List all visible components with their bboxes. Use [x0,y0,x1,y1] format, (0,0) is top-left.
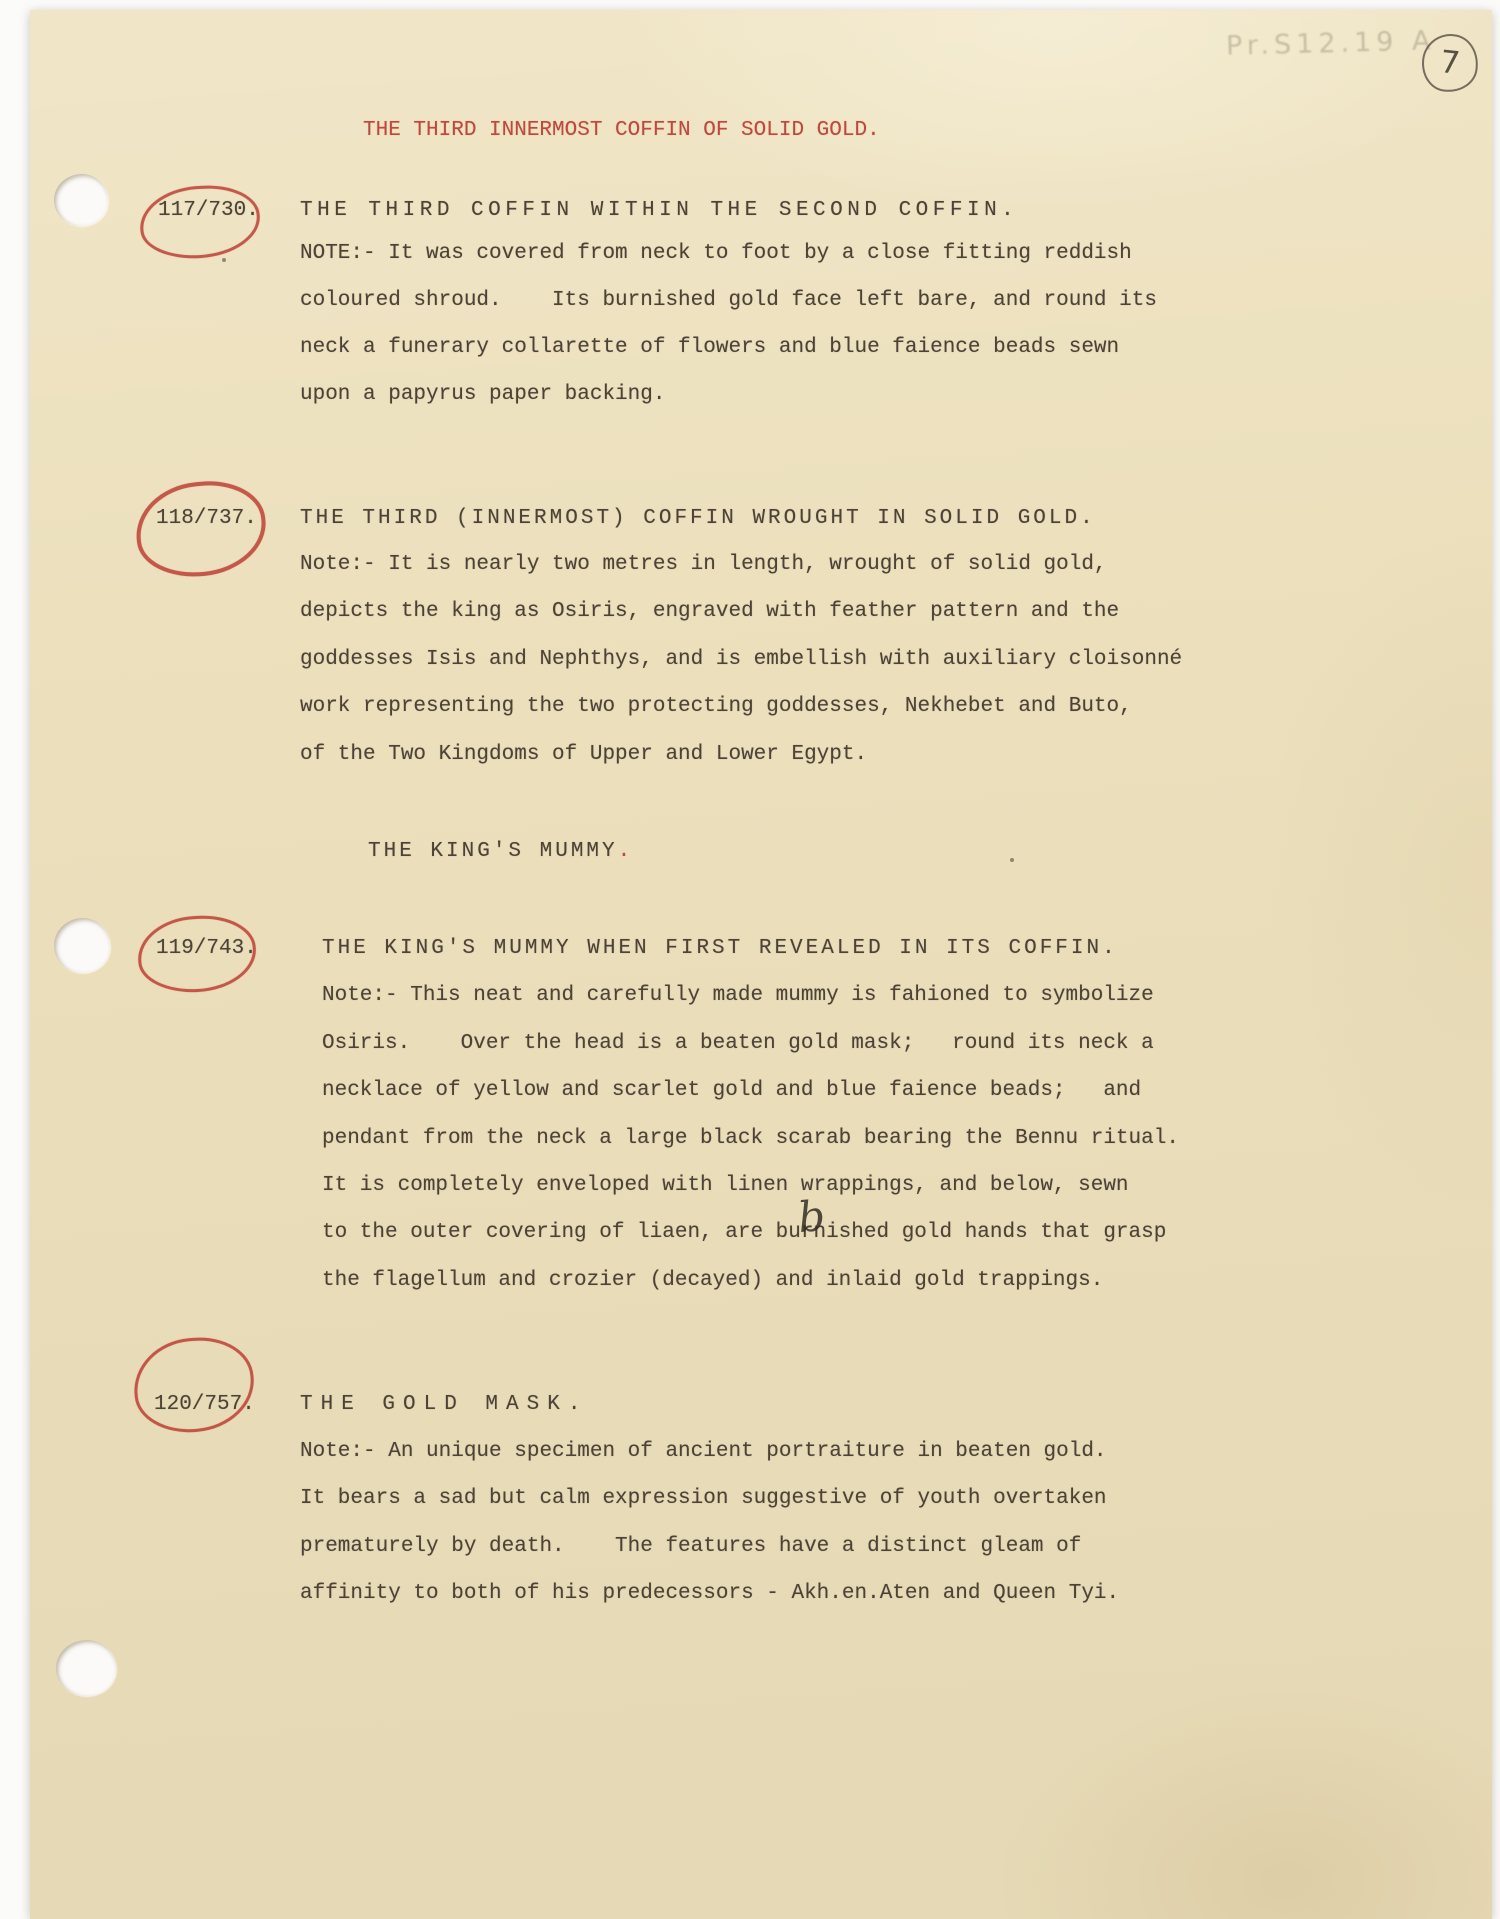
document-page: Pr.S12.19 A 7 THE THIRD INNERMOST COFFIN… [0,0,1500,1919]
body-line: pendant from the neck a large black scar… [322,1126,1179,1152]
subheading-text: THE KING'S MUMMY [368,840,618,863]
body-line: the flagellum and crozier (decayed) and … [322,1268,1103,1294]
paper-sheet: Pr.S12.19 A 7 THE THIRD INNERMOST COFFIN… [30,10,1492,1919]
body-line: Note:- An unique specimen of ancient por… [300,1439,1107,1465]
body-line: Note:- This neat and carefully made mumm… [322,983,1154,1009]
page-number: 7 [1438,44,1461,82]
section-ref: 120/757. [154,1392,255,1418]
body-line: NOTE:- It was covered from neck to foot … [300,241,1132,267]
page-title: THE THIRD INNERMOST COFFIN OF SOLID GOLD… [363,118,880,144]
section-heading: THE GOLD MASK. [300,1392,588,1418]
subheading-period: . [618,840,634,863]
red-circle-annotation [130,1333,258,1437]
body-line: Note:- It is nearly two metres in length… [300,552,1107,578]
body-line: depicts the king as Osiris, engraved wit… [300,599,1119,625]
body-line: to the outer covering of liaen, are burn… [322,1220,1166,1246]
body-line: of the Two Kingdoms of Upper and Lower E… [300,742,867,768]
punch-hole [54,918,110,973]
body-line: neck a funerary collarette of flowers an… [300,335,1119,361]
body-line: coloured shroud. Its burnished gold face… [300,288,1157,314]
body-line: goddesses Isis and Nephthys, and is embe… [300,647,1182,673]
paper-speck [1010,858,1014,862]
pencil-note: Pr.S12.19 A [1226,25,1436,61]
paper-speck [222,258,226,262]
punch-hole [54,174,108,226]
section-ref: 118/737. [156,506,257,532]
punch-hole [56,1640,116,1696]
section-ref: 119/743. [156,936,257,962]
section-heading: THE THIRD COFFIN WITHIN THE SECOND COFFI… [300,198,1018,224]
subheading: THE KING'S MUMMY. [368,839,633,865]
body-line: It bears a sad but calm expression sugge… [300,1486,1107,1512]
pen-correction: b [796,1191,827,1242]
body-line: affinity to both of his predecessors - A… [300,1581,1119,1607]
body-line: It is completely enveloped with linen wr… [322,1173,1129,1199]
body-line: upon a papyrus paper backing. [300,382,665,408]
section-heading: THE THIRD (INNERMOST) COFFIN WROUGHT IN … [300,506,1096,532]
body-line: Osiris. Over the head is a beaten gold m… [322,1031,1154,1057]
section-heading: THE KING'S MUMMY WHEN FIRST REVEALED IN … [322,936,1118,962]
body-line: necklace of yellow and scarlet gold and … [322,1078,1141,1104]
body-line: prematurely by death. The features have … [300,1534,1081,1560]
body-line: work representing the two protecting god… [300,694,1132,720]
section-ref: 117/730. [158,198,259,224]
